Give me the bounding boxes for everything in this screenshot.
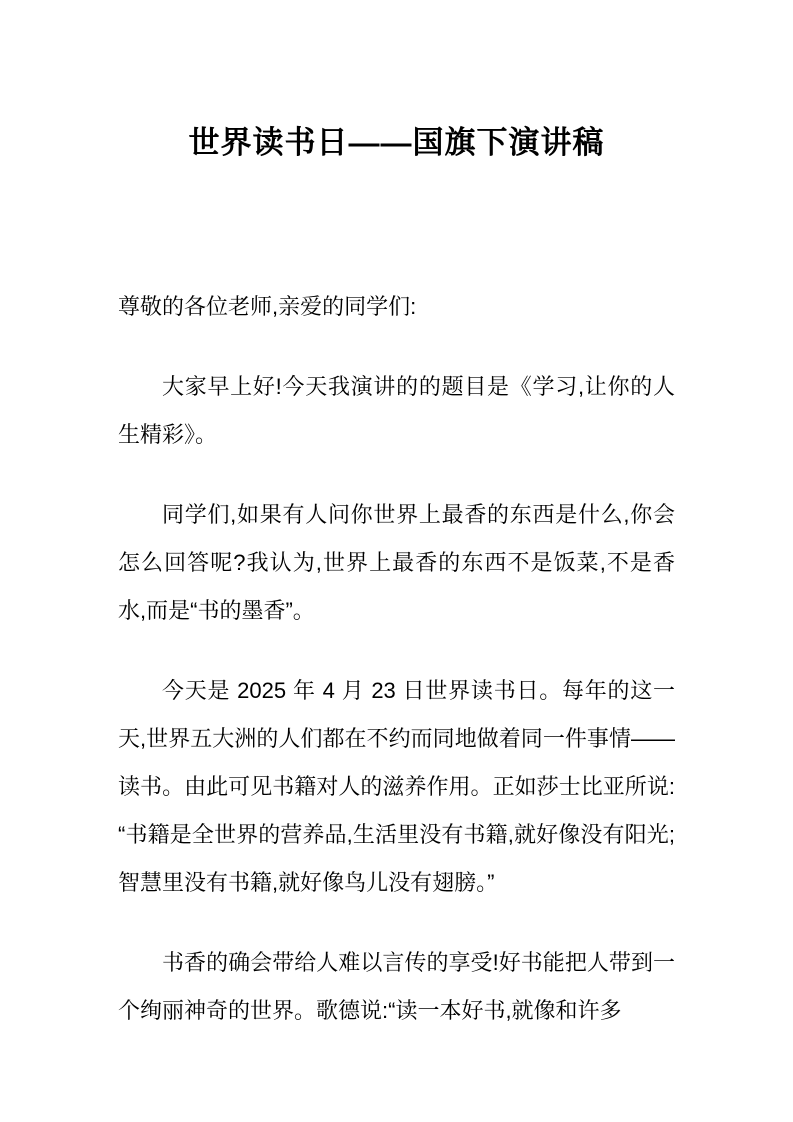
paragraph-book-fragrance: 书香的确会带给人难以言传的享受!好书能把人带到一个绚丽神奇的世界。歌德说:“读一… (118, 939, 675, 1035)
paragraph-question: 同学们,如果有人问你世界上最香的东西是什么,你会怎么回答呢?我认为,世界上最香的… (118, 491, 675, 635)
paragraph-salutation: 尊敬的各位老师,亲爱的同学们: (118, 283, 675, 331)
document-body: 尊敬的各位老师,亲爱的同学们: 大家早上好!今天我演讲的的题目是《学习,让你的人… (118, 283, 675, 1035)
paragraph-reading-day: 今天是 2025 年 4 月 23 日世界读书日。每年的这一天,世界五大洲的人们… (118, 667, 675, 907)
document-page: 世界读书日——国旗下演讲稿 尊敬的各位老师,亲爱的同学们: 大家早上好!今天我演… (0, 0, 793, 1122)
paragraph-greeting: 大家早上好!今天我演讲的的题目是《学习,让你的人生精彩》。 (118, 363, 675, 459)
document-title: 世界读书日——国旗下演讲稿 (118, 124, 675, 163)
